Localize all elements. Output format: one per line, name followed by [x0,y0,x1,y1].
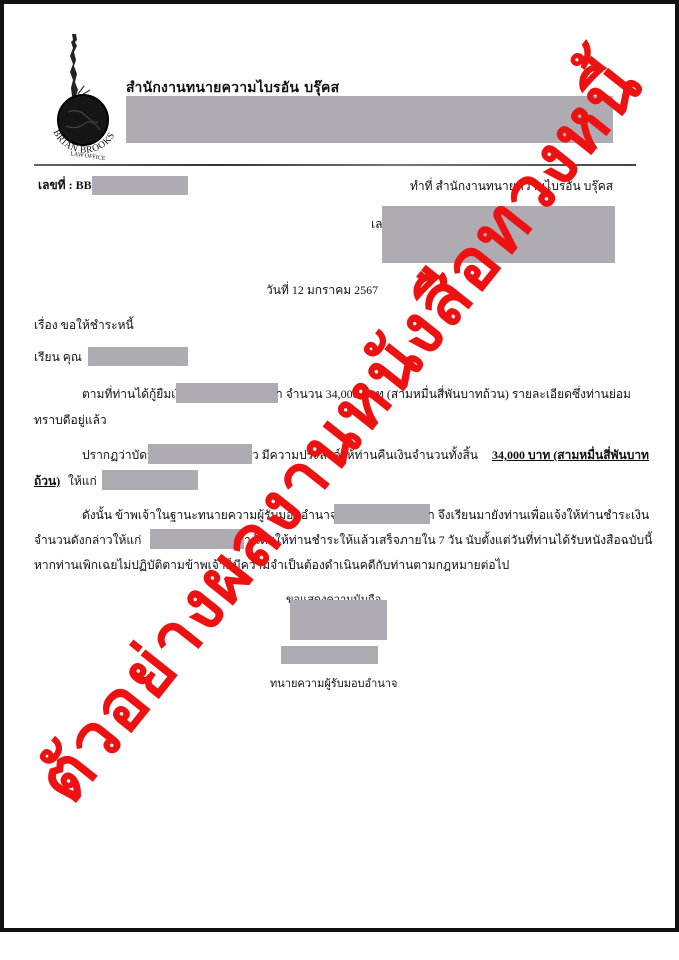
redacted-signature [290,600,387,640]
redacted-lender-name [176,383,278,403]
paragraph-3-notice: า จึงเรียนมายังท่านเพื่อแจ้งให้ท่านชำระเ… [428,507,649,523]
redacted-payee-name [102,470,198,490]
redacted-reference-number [92,176,188,195]
redacted-payee-name-2 [150,529,244,549]
redacted-client-name [334,504,430,524]
paragraph-1-amount: า จำนวน 34,000 บาท (สามหมื่นสี่พันบาทถ้ว… [276,386,631,402]
paragraph-2-middle: ว มีความประสงค์ให้ท่านคืนเงินจำนวนทั้งสิ… [252,447,478,463]
subject-line: เรื่อง ขอให้ชำระหนี้ [34,317,134,333]
reference-label: เลขที่ : BB [38,177,92,193]
law-office-logo: BRIAN BROOKS LAW OFFICE [38,32,138,162]
salutation: เรียน คุณ [34,349,82,365]
paragraph-1-end: ทราบดีอยู่แล้ว [34,412,107,428]
firm-name: สำนักงานทนายความไบรอัน บรุ๊คส [126,80,339,96]
redacted-creditor-name [148,444,252,464]
redacted-signer-name [281,646,378,664]
redacted-recipient-name [88,347,188,366]
paragraph-3-warning: หากท่านเพิกเฉยไม่ปฏิบัติตามข้าพเจ้าก็มีค… [34,557,509,573]
letter-page: BRIAN BROOKS LAW OFFICE สำนักงานทนายความ… [0,0,679,932]
paragraph-3-deadline: า โดยให้ท่านชำระให้แล้วเสร็จภายใน 7 วัน … [244,532,652,548]
redacted-address [382,206,615,263]
paragraph-2-start: ปรากฏว่าบัดนี้ [82,447,155,463]
letter-date: วันที่ 12 มกราคม 2567 [266,282,378,298]
paragraph-2-to: ให้แก่ [68,473,97,489]
paragraph-3-payment: จำนวนดังกล่าวให้แก่ [34,532,141,548]
made-at: ทำที่ สำนักงานทนายความไบรอัน บรุ๊คส [410,178,613,194]
logo-sub-text: LAW OFFICE [70,151,106,162]
paragraph-1-start: ตามที่ท่านได้กู้ยืมเงิน [82,386,189,402]
paragraph-3-start: ดังนั้น ข้าพเจ้าในฐานะทนายความผู้รับมอบอ… [82,507,358,523]
signer-title: ทนายความผู้รับมอบอำนาจ [270,676,397,692]
paragraph-2-amount: 34,000 บาท (สามหมื่นสี่พันบาท [492,447,649,463]
header-divider [34,164,636,166]
paragraph-2-amount-end: ถ้วน) [34,473,60,489]
redacted-firm-address [126,96,613,143]
address-prefix: เล [371,216,382,232]
